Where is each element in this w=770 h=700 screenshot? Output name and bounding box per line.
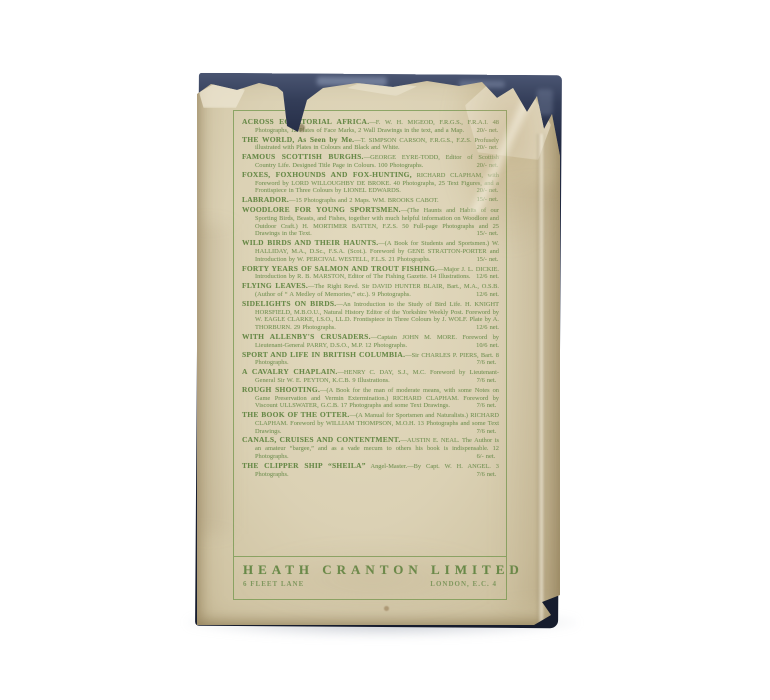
catalog-entry: ACROSS EQUATORIAL AFRICA.—F. W. H. MIGEO… <box>242 118 499 135</box>
entry-title: LABRADOR. <box>242 195 289 204</box>
catalog-entry: THE WORLD, As Seen by Me.—T. SIMPSON CAR… <box>242 136 499 153</box>
entry-price: 7/6 net. <box>490 471 499 479</box>
entry-title: SIDELIGHTS ON BIRDS. <box>242 299 336 308</box>
jacket-speck <box>384 606 389 611</box>
entry-title: SPORT AND LIFE IN BRITISH COLUMBIA. <box>242 350 405 359</box>
entry-price: 7/6 net. <box>490 377 499 385</box>
catalog-entry: FLYING LEAVES.—The Right Revd. Sir DAVID… <box>242 282 499 299</box>
entry-title: FAMOUS SCOTTISH BURGHS. <box>242 152 364 161</box>
catalog-entry: ROUGH SHOOTING.—(A Book for the man of m… <box>242 386 499 410</box>
publisher-imprint: HEATH CRANTON LIMITED 6 FLEET LANE LONDO… <box>234 556 506 599</box>
entry-price: 6/- net. <box>490 453 499 461</box>
entry-price: 12/6 net. <box>489 324 499 332</box>
entry-price: 20/- net. <box>490 162 499 170</box>
catalog-entry: SPORT AND LIFE IN BRITISH COLUMBIA.—Sir … <box>242 351 499 368</box>
catalog-entry: FAMOUS SCOTTISH BURGHS.—GEORGE EYRE-TODD… <box>242 153 499 170</box>
catalog-entry: A CAVALRY CHAPLAIN.—HENRY C. DAY, S.J., … <box>242 368 499 385</box>
entry-price: 15/- net. <box>490 230 499 238</box>
entry-title: CANALS, CRUISES AND CONTENTMENT. <box>242 435 400 444</box>
publisher-name: HEATH CRANTON LIMITED <box>243 562 497 578</box>
entry-price: 20/- net. <box>490 187 499 195</box>
entry-description: —15 Photographs and 2 Maps. WM. BROOKS C… <box>289 197 439 204</box>
catalog-list: ACROSS EQUATORIAL AFRICA.—F. W. H. MIGEO… <box>234 111 506 556</box>
entry-price: 10/6 net. <box>489 342 499 350</box>
dust-jacket-rear-panel: ACROSS EQUATORIAL AFRICA.—F. W. H. MIGEO… <box>197 74 560 627</box>
publisher-city: LONDON, E.C. 4 <box>430 580 497 588</box>
entry-price: 7/6 net. <box>490 428 499 436</box>
catalog-panel: ACROSS EQUATORIAL AFRICA.—F. W. H. MIGEO… <box>233 110 507 600</box>
entry-title: THE WORLD, As Seen by Me. <box>242 135 354 144</box>
jacket-fold-crease <box>537 134 545 624</box>
entry-title: FOXES, FOXHOUNDS AND FOX-HUNTING, <box>242 170 412 179</box>
catalog-entry: WILD BIRDS AND THEIR HAUNTS.—(A Book for… <box>242 239 499 263</box>
entry-price: 20/- net. <box>490 144 499 152</box>
publisher-address: 6 FLEET LANE <box>243 580 304 588</box>
entry-title: FLYING LEAVES. <box>242 281 308 290</box>
entry-title: WOODLORE FOR YOUNG SPORTSMEN. <box>242 205 401 214</box>
entry-title: ROUGH SHOOTING. <box>242 385 320 394</box>
entry-price: 7/6 net. <box>490 402 499 410</box>
entry-title: THE BOOK OF THE OTTER. <box>242 410 350 419</box>
entry-price: 15/- net. <box>490 256 499 264</box>
catalog-entry: CANALS, CRUISES AND CONTENTMENT.—AUSTIN … <box>242 436 499 460</box>
book: ACROSS EQUATORIAL AFRICA.—F. W. H. MIGEO… <box>197 74 560 627</box>
entry-title: THE CLIPPER SHIP “SHEILA” <box>242 461 366 470</box>
catalog-entry: WITH ALLENBY'S CRUSADERS.—Captain JOHN M… <box>242 333 499 350</box>
entry-title: WILD BIRDS AND THEIR HAUNTS. <box>242 238 378 247</box>
entry-price: 15/- net. <box>490 196 499 204</box>
entry-price: 20/- net. <box>490 127 499 135</box>
entry-title: ACROSS EQUATORIAL AFRICA. <box>242 117 369 126</box>
entry-price: 7/6 net. <box>490 359 499 367</box>
catalog-entry: THE BOOK OF THE OTTER.—(A Manual for Spo… <box>242 411 499 435</box>
catalog-entry: SIDELIGHTS ON BIRDS.—An Introduction to … <box>242 300 499 332</box>
catalog-entry: THE CLIPPER SHIP “SHEILA” Angel-Master.—… <box>242 462 499 479</box>
catalog-entry: FOXES, FOXHOUNDS AND FOX-HUNTING, RICHAR… <box>242 171 499 195</box>
entry-price: 12/6 net. <box>489 291 499 299</box>
catalog-entry: WOODLORE FOR YOUNG SPORTSMEN.—(The Haunt… <box>242 206 499 238</box>
book-photo: ACROSS EQUATORIAL AFRICA.—F. W. H. MIGEO… <box>0 0 770 700</box>
entry-price: 12/6 net. <box>489 273 499 281</box>
catalog-entry: LABRADOR.—15 Photographs and 2 Maps. WM.… <box>242 196 499 205</box>
entry-title: FORTY YEARS OF SALMON AND TROUT FISHING. <box>242 264 437 273</box>
entry-title: A CAVALRY CHAPLAIN. <box>242 367 338 376</box>
catalog-entry: FORTY YEARS OF SALMON AND TROUT FISHING.… <box>242 265 499 282</box>
entry-title: WITH ALLENBY'S CRUSADERS. <box>242 332 371 341</box>
